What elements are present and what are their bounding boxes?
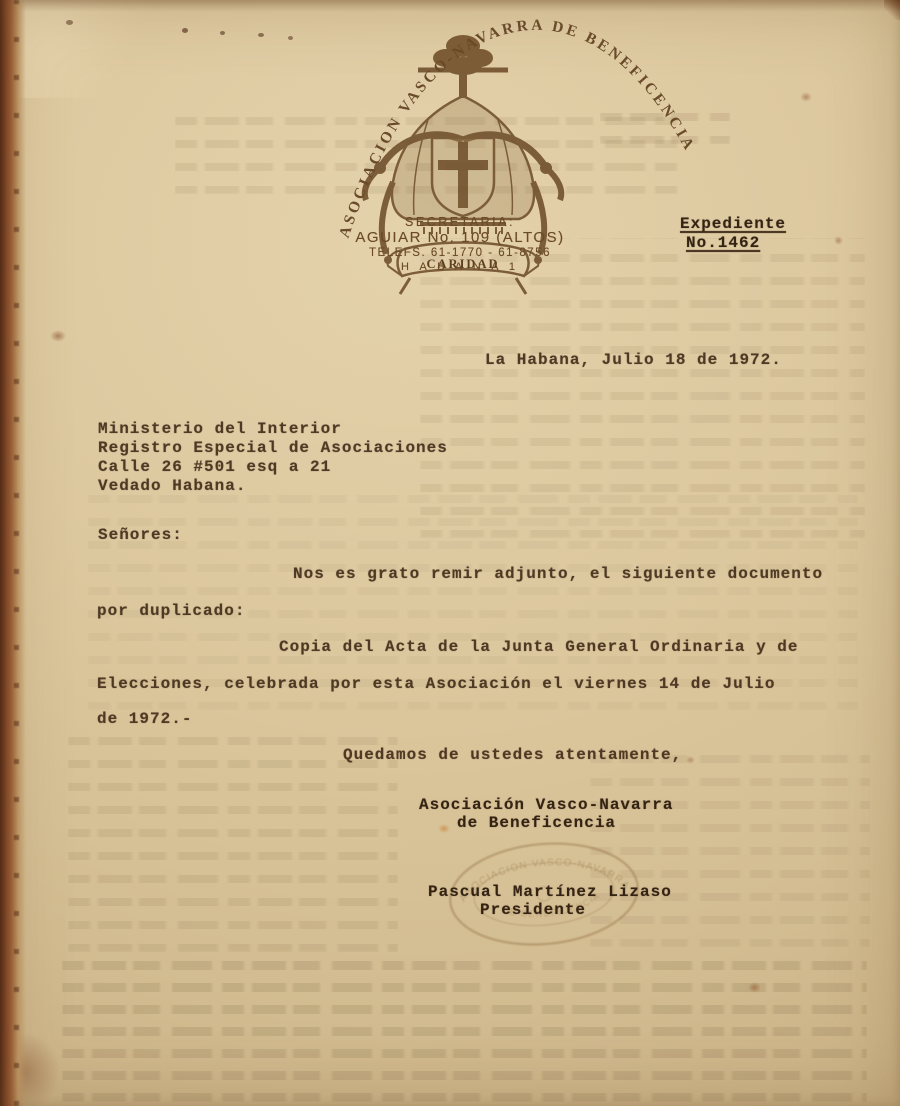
salutation: Señores:	[98, 526, 183, 544]
paper-speck	[220, 31, 225, 35]
bleed-through-text	[68, 732, 398, 952]
page-curl	[0, 0, 200, 98]
signer-title: Presidente	[480, 901, 586, 919]
paper-stain	[800, 92, 812, 102]
corner-shadow	[884, 0, 900, 20]
recipient-line: Calle 26 #501 esq a 21	[98, 458, 331, 476]
bleed-through-text	[62, 956, 867, 1102]
letterhead-emblem: ASOCIACION VASCO-NAVARRA DE BENEFICENCIA	[300, 0, 780, 312]
paper-speck	[288, 36, 293, 40]
paper-stain	[686, 756, 695, 764]
expediente-label: Expediente	[680, 215, 786, 234]
org-name-line: de Beneficencia	[457, 814, 616, 832]
body-line: Copia del Acta de la Junta General Ordin…	[279, 638, 798, 656]
letterhead-address: AGUIAR No. 109 (ALTOS)	[355, 229, 564, 246]
expediente-number: No.1462	[680, 234, 786, 253]
recipient-line: Registro Especial de Asociaciones	[98, 439, 448, 457]
closing-line: Quedamos de ustedes atentamente,	[343, 746, 682, 764]
recipient-line: Ministerio del Interior	[98, 420, 342, 438]
body-line: Elecciones, celebrada por esta Asociació…	[97, 675, 776, 693]
body-line: Nos es grato remir adjunto, el siguiente…	[293, 565, 823, 583]
expediente-block: Expediente No.1462	[680, 215, 786, 253]
letter-page: ASOCIACION VASCO-NAVARRA DE BENEFICENCIA	[0, 0, 900, 1106]
signer-name: Pascual Martínez Lizaso	[428, 883, 672, 901]
paper-stain	[834, 236, 843, 245]
letterhead-phones: TELEFS. 61-1770 - 61-8756	[369, 247, 551, 259]
dateline: La Habana, Julio 18 de 1972.	[485, 351, 782, 369]
body-line: por duplicado:	[97, 602, 245, 620]
paper-stain	[50, 330, 66, 342]
letterhead-secretaria: SECRETARIA:	[405, 215, 515, 229]
binding-edge	[0, 0, 26, 1106]
paper-speck	[258, 33, 264, 37]
body-line: de 1972.-	[97, 710, 192, 728]
recipient-line: Vedado Habana.	[98, 477, 246, 495]
paper-stain	[438, 824, 450, 833]
letterhead-city: H A B A N A 1	[401, 261, 519, 273]
paper-stain	[748, 982, 761, 993]
org-name-line: Asociación Vasco-Navarra	[419, 796, 673, 814]
